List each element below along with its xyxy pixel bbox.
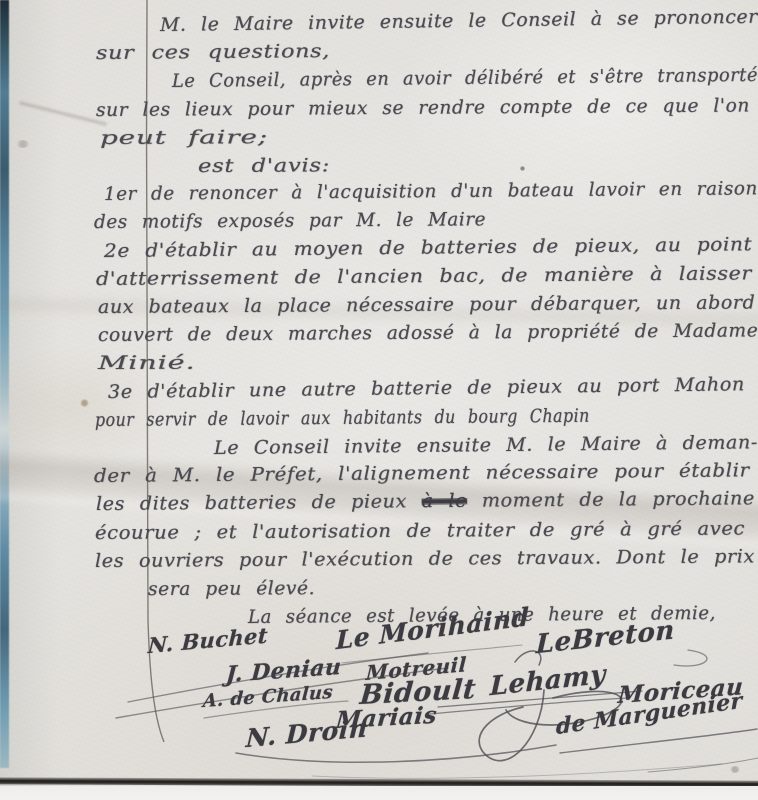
signature-a-de-chalus: A. de Chalus	[202, 682, 333, 712]
signature-lebreton: LeBreton	[535, 615, 675, 660]
next-page-sliver	[0, 786, 758, 800]
signature-n-buchet: N. Buchet	[147, 622, 268, 658]
scanned-document: convenues. M. le Maire invite ensuite le…	[0, 0, 758, 800]
signature-n-droin: N. Droin	[245, 713, 368, 753]
signature-le-morihaind: Le Morihaind	[336, 602, 530, 655]
signature-lehamy: Lehamy	[489, 660, 606, 702]
signatures-block: N. BuchetLe MorihaindLeBretonJ. DeniauMo…	[0, 0, 758, 800]
